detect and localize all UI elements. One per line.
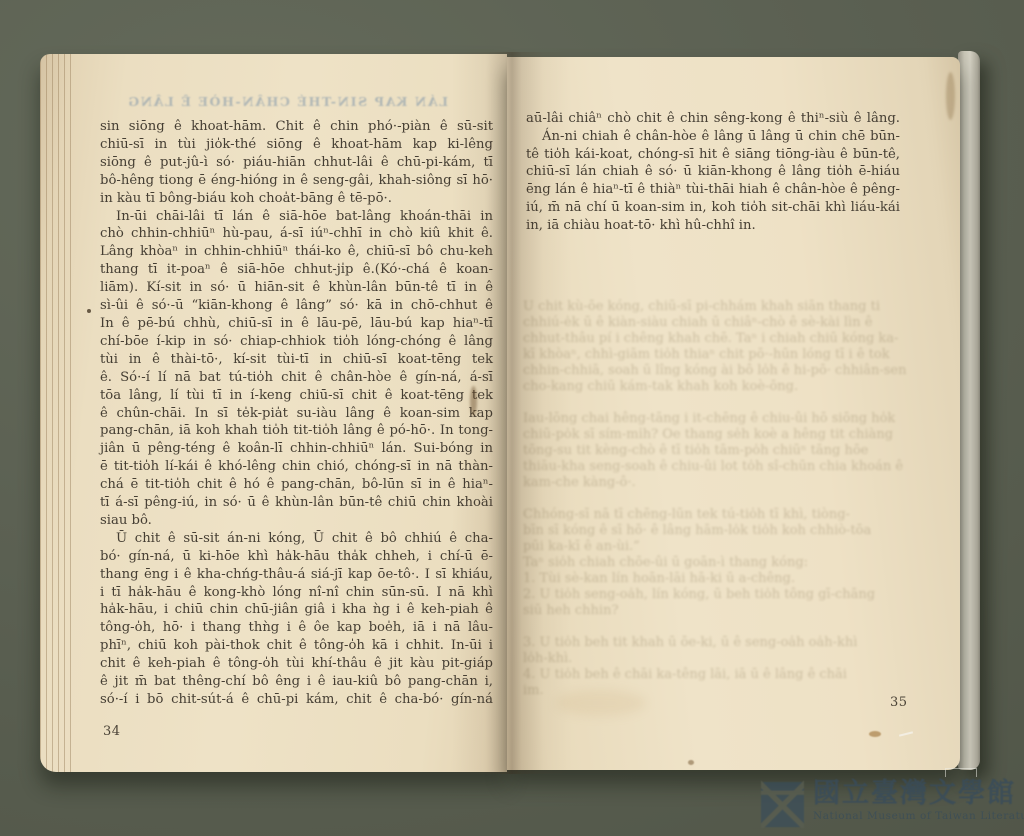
bleedthrough-line: cho-kang chiū kám-tak khah koh koè-ōng.	[523, 379, 927, 395]
text-line: iú, m̄ nā chí ū koan-sim in, koh tio̍h s…	[526, 199, 900, 217]
text-line: sin siōng ê khoat-hām. Chit ê chin phó·-…	[100, 118, 493, 136]
photo-background: LÁN KAP SIN-THÉ CHÂN-HÒE Ê LÂNG sin siōn…	[0, 0, 1024, 836]
text-line: chò chhin-chhiūⁿ hù-pau, á-sī iúⁿ-chhī i…	[100, 225, 493, 243]
text-line: i tī ha̍k-hāu ê kong-khò lóng nî-nî chin…	[100, 584, 493, 602]
bleedthrough-line	[523, 619, 927, 635]
bleedthrough-text: Ū chit kù-ōe kóng, chiū-sī pi-chhám khah…	[523, 299, 927, 699]
left-page: LÁN KAP SIN-THÉ CHÂN-HÒE Ê LÂNG sin siōn…	[40, 54, 507, 772]
text-line: ha̍k-hāu, i chiū chin chū-jiân giâ i kha…	[100, 601, 493, 619]
text-line: tê tio̍h kái-koat, chóng-sī hit ê siāng …	[526, 146, 900, 164]
bleedthrough-line: chiū-po̍k sī sím-mi̍h? Ōe thang se̍h koè…	[523, 427, 927, 443]
text-line: ê jit m̄ bat thêng-chí bô êng i ê iau-ki…	[100, 673, 493, 691]
text-line: siōng ê put-jû-ì só· piáu-hiān chhut-lâi…	[100, 154, 493, 172]
right-page-text: aū-lâi chiâⁿ chò chit ê chin sêng-kong ê…	[526, 110, 900, 235]
text-line: ē tit-tio̍h lí-kái ê khó-lêng chin chió,…	[100, 458, 493, 476]
bleedthrough-line: im.	[523, 683, 927, 699]
text-line: tông-o̍h, hō· i thang thǹg i ê ôe kap bo…	[100, 619, 493, 637]
text-line: ê chûn-chāi. In sī te̍k-pia̍t su-iàu lân…	[100, 405, 493, 423]
text-line: chiū-sī in tùi jio̍k-thé siōng ê khoat-h…	[100, 136, 493, 154]
bleedthrough-line: bīn sī kóng ê sī hō· ê lâng hām-lo̍k tio…	[523, 523, 927, 539]
bleedthrough-line: chhiú-e̍k ū ê kiàn-siàu chiah ū chiâⁿ-ch…	[523, 315, 927, 331]
right-page-number: 35	[890, 695, 908, 710]
museum-watermark: 國立臺灣文學館 National Museum of Taiwan Litera…	[761, 779, 1024, 828]
bleedthrough-line	[523, 395, 927, 411]
text-line: chiū-sī lán chiah ê só· ū kiān-khong ê l…	[526, 163, 900, 181]
bleedthrough-header-text: LÁN KAP SIN-THÉ CHÂN-HÒE Ê LÂNG	[156, 94, 448, 109]
text-line: ê. Só·-í lí nā bat tú-tio̍h chit ê chân-…	[100, 369, 493, 387]
museum-watermark-text: 國立臺灣文學館 National Museum of Taiwan Litera…	[813, 779, 1024, 822]
text-line: In ê pē-bú chhù, chiū-sī in ê lāu-pē, lā…	[100, 315, 493, 333]
text-line: thang tī it-poaⁿ ê siā-hōe chhut-ji̍p ê.…	[100, 261, 493, 279]
bleedthrough-line	[523, 491, 927, 507]
text-line: liām). Kí-sit in só· ū hiān-sit ê khùn-l…	[100, 279, 493, 297]
text-line: in, iā chiàu hoat-tō· khì hû-chhî in.	[526, 217, 900, 235]
text-line: thang ēng i ê kha-chńg-thâu-á siá-jī kap…	[100, 566, 493, 584]
bleedthrough-line: lo̍h-khì.	[523, 651, 927, 667]
bleedthrough-line: 4. Ū tio̍h beh ê chāi ka-têng lāi, iā ū …	[523, 667, 927, 683]
bleedthrough-line: chhin-chhiā, soah ū lîng kóng ài bô lo̍h…	[523, 363, 927, 379]
text-line: phīⁿ, chiū koh pài-thok chit ê tông-o̍h …	[100, 637, 493, 655]
bleedthrough-line: Ū chit kù-ōe kóng, chiū-sī pi-chhám khah…	[523, 299, 927, 315]
text-line: ēng lán ê hiaⁿ-tī ê thiàⁿ tùi-thāi hiah …	[526, 181, 900, 199]
text-line: bô-hêng tiong ē éng-hióng in ê seng-gâi,…	[100, 172, 493, 190]
text-line: chit ê keh-piah ê tông-o̍h tùi khí-thâu …	[100, 655, 493, 673]
bleedthrough-line: kī khòaⁿ, chhì-giām tio̍h thiaⁿ chit pō·…	[523, 347, 927, 363]
right-page: aū-lâi chiâⁿ chò chit ê chin sêng-kong ê…	[507, 57, 960, 770]
bleedthrough-line: Chhóng-sī nā tī chēng-lūn tek tú-tio̍h t…	[523, 507, 927, 523]
left-page-number: 34	[103, 724, 121, 739]
text-line: chá ē tit-tio̍h chit ê hó ê pang-chān, b…	[100, 476, 493, 494]
bleedthrough-line: 3. Ū tio̍h beh tit khah ū ōe-ki, ū ê sen…	[523, 635, 927, 651]
bleedthrough-line: Taⁿ sio̍h chiah chōe-ûi ū goān-ì thang k…	[523, 555, 927, 571]
frame-fragment	[945, 768, 977, 777]
page-stack-edges	[40, 54, 75, 772]
watermark-chinese-text: 國立臺灣文學館	[813, 779, 1024, 809]
text-line: tōa lâng, lí tùi tī in í-keng chiū-sī ch…	[100, 387, 493, 405]
bleedthrough-line: chhut-thâu pí i chêng khah chē. Taⁿ i ch…	[523, 331, 927, 347]
watermark-english-text: National Museum of Taiwan Literature	[813, 810, 1024, 822]
bleedthrough-line: tōng-su tit kèng-chò ê tī tio̍h tām-po̍h…	[523, 443, 927, 459]
text-line: só·-í i bō chit-sút-á ê chū-pi kám, chit…	[100, 691, 493, 709]
bleedthrough-line: thiāu-kha seng-soah ê chiu-ûi lot to̍h s…	[523, 459, 927, 475]
text-line: pang-chān, iā koh khah tio̍h tit-tio̍h l…	[100, 422, 493, 440]
bleedthrough-line: kam-che kàng-ô·.	[523, 475, 927, 491]
museum-logo-icon	[761, 779, 804, 828]
bleedthrough-line: pūi ka-kī ê an-ùi.”	[523, 539, 927, 555]
bleedthrough-line: siū heh chhin?	[523, 603, 927, 619]
text-line: bó· gín-ná, ū ki-hōe khì ha̍k-hāu tha̍k …	[100, 548, 493, 566]
bleedthrough-line: 2. Ū tio̍h seng-oa̍h, lín kóng, ū beh ti…	[523, 587, 927, 603]
text-line: tī á-sī pêng-iú, in só· ū ê khùn-lân būn…	[100, 494, 493, 512]
open-book: LÁN KAP SIN-THÉ CHÂN-HÒE Ê LÂNG sin siōn…	[0, 0, 1024, 836]
text-line: Ū chit ê sū-sit án-ni kóng, Ū chit ê bô …	[100, 530, 493, 548]
text-line: Lâng khòaⁿ in chhin-chhiūⁿ thái-ko ê, ch…	[100, 243, 493, 261]
text-line: Án-ni chiah ê chân-hòe ê lâng ū lâng ū c…	[526, 128, 900, 146]
bleedthrough-line: 1. Tùi sè-kan lín hoān-lāi hā-ki ū a-chê…	[523, 571, 927, 587]
text-line: In-ūi chāi-lâi tī lán ê siā-hōe bat-lâng…	[100, 208, 493, 226]
bleedthrough-line: Iau-lōng chai hêng-tāng i it-chēng ê chi…	[523, 411, 927, 427]
text-line: chí-bōe í-kip in só· chiap-chhiok tio̍h …	[100, 333, 493, 351]
text-line: jiân ū pêng-téng ê koân-lī chhin-chhiūⁿ …	[100, 440, 493, 458]
book-cover-edge	[958, 51, 980, 770]
text-line: in kàu tī bông-biáu koh choa̍t-bāng ê tē…	[100, 190, 493, 208]
text-line: tùi in ê thài-tō·, kí-sit tùi-tī in chiū…	[100, 351, 493, 369]
text-line: siau bô.	[100, 512, 493, 530]
left-page-text: sin siōng ê khoat-hām. Chit ê chin phó·-…	[100, 118, 493, 709]
text-line: aū-lâi chiâⁿ chò chit ê chin sêng-kong ê…	[526, 110, 900, 128]
text-line: sì-ûi ê só·-ū “kiān-khong ê lâng” só· kā…	[100, 297, 493, 315]
